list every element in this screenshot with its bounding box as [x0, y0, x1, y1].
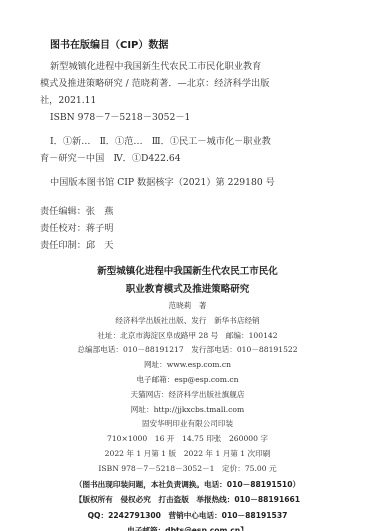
isbn-price: ISBN 978－7－5218－3052－1 定价：75.00 元 — [0, 462, 375, 477]
editor-credit: 责任编辑：张 燕 — [40, 203, 114, 220]
copyright-block: 新型城镇化进程中我国新生代农民工市民化 职业教育模式及推进策略研究 范晓莉 著 … — [0, 263, 375, 531]
cip-library-number: 中国版本图书馆 CIP 数据核字（2021）第 229180 号 — [40, 174, 280, 191]
notice-line: 电子邮箱：dbts@esp.com.cn】 — [0, 523, 375, 531]
tmall-store: 天猫网店：经济科学出版社旗舰店 — [0, 388, 375, 403]
notice-line: （图书出现印装问题，本社负责调换。电话：010－88191510） — [0, 477, 375, 493]
staff-credits: 责任编辑：张 燕 责任校对：蒋子明 责任印制：邱 天 — [40, 203, 114, 254]
printing-credit: 责任印制：邱 天 — [40, 237, 114, 254]
book-title: 新型城镇化进程中我国新生代农民工市民化 — [0, 263, 375, 281]
proofreader-credit: 责任校对：蒋子明 — [40, 220, 114, 237]
tmall-url: 网址：http://jjkxcbs.tmall.com — [0, 403, 375, 418]
publisher: 经济科学出版社出版、发行 新华书店经销 — [0, 314, 375, 329]
edition: 2022 年 1 月第 1 版 2022 年 1 月第 1 次印刷 — [0, 447, 375, 462]
website: 网址：www.esp.com.cn — [0, 358, 375, 373]
cip-title-line: 社，2021.11 — [40, 92, 280, 109]
cip-record: 新型城镇化进程中我国新生代农民工市民化职业教育 模式及推进策略研究 / 范晓莉著… — [40, 58, 280, 191]
notice-line: QQ：2242791300 营销中心电话：010－88191537 — [0, 508, 375, 524]
cip-title-line: 新型城镇化进程中我国新生代农民工市民化职业教育 — [40, 58, 280, 75]
author: 范晓莉 著 — [0, 299, 375, 314]
book-title: 职业教育模式及推进策略研究 — [0, 281, 375, 299]
cip-classification: 育－研究－中国 Ⅳ．①D422.64 — [40, 150, 280, 167]
cip-isbn: ISBN 978－7－5218－3052－1 — [40, 109, 280, 126]
notice-line: 【版权所有 侵权必究 打击盗版 举报热线：010－88191661 — [0, 492, 375, 508]
cip-title-line: 模式及推进策略研究 / 范晓莉著．—北京：经济科学出版 — [40, 75, 280, 92]
address: 社址：北京市海淀区阜成路甲 28 号 邮编：100142 — [0, 329, 375, 344]
cip-heading: 图书在版编目（CIP）数据 — [50, 36, 168, 51]
email: 电子邮箱：esp@esp.com.cn — [0, 373, 375, 388]
printer: 固安华明印业有限公司印装 — [0, 417, 375, 432]
copyright-page: 图书在版编目（CIP）数据 新型城镇化进程中我国新生代农民工市民化职业教育 模式… — [0, 0, 375, 531]
phones: 总编部电话：010－88191217 发行部电话：010－88191522 — [0, 343, 375, 358]
specs: 710×1000 16 开 14.75 印张 260000 字 — [0, 432, 375, 447]
cip-classification: Ⅰ．①新… Ⅱ．①范… Ⅲ．①民工－城市化－职业教 — [40, 133, 280, 150]
